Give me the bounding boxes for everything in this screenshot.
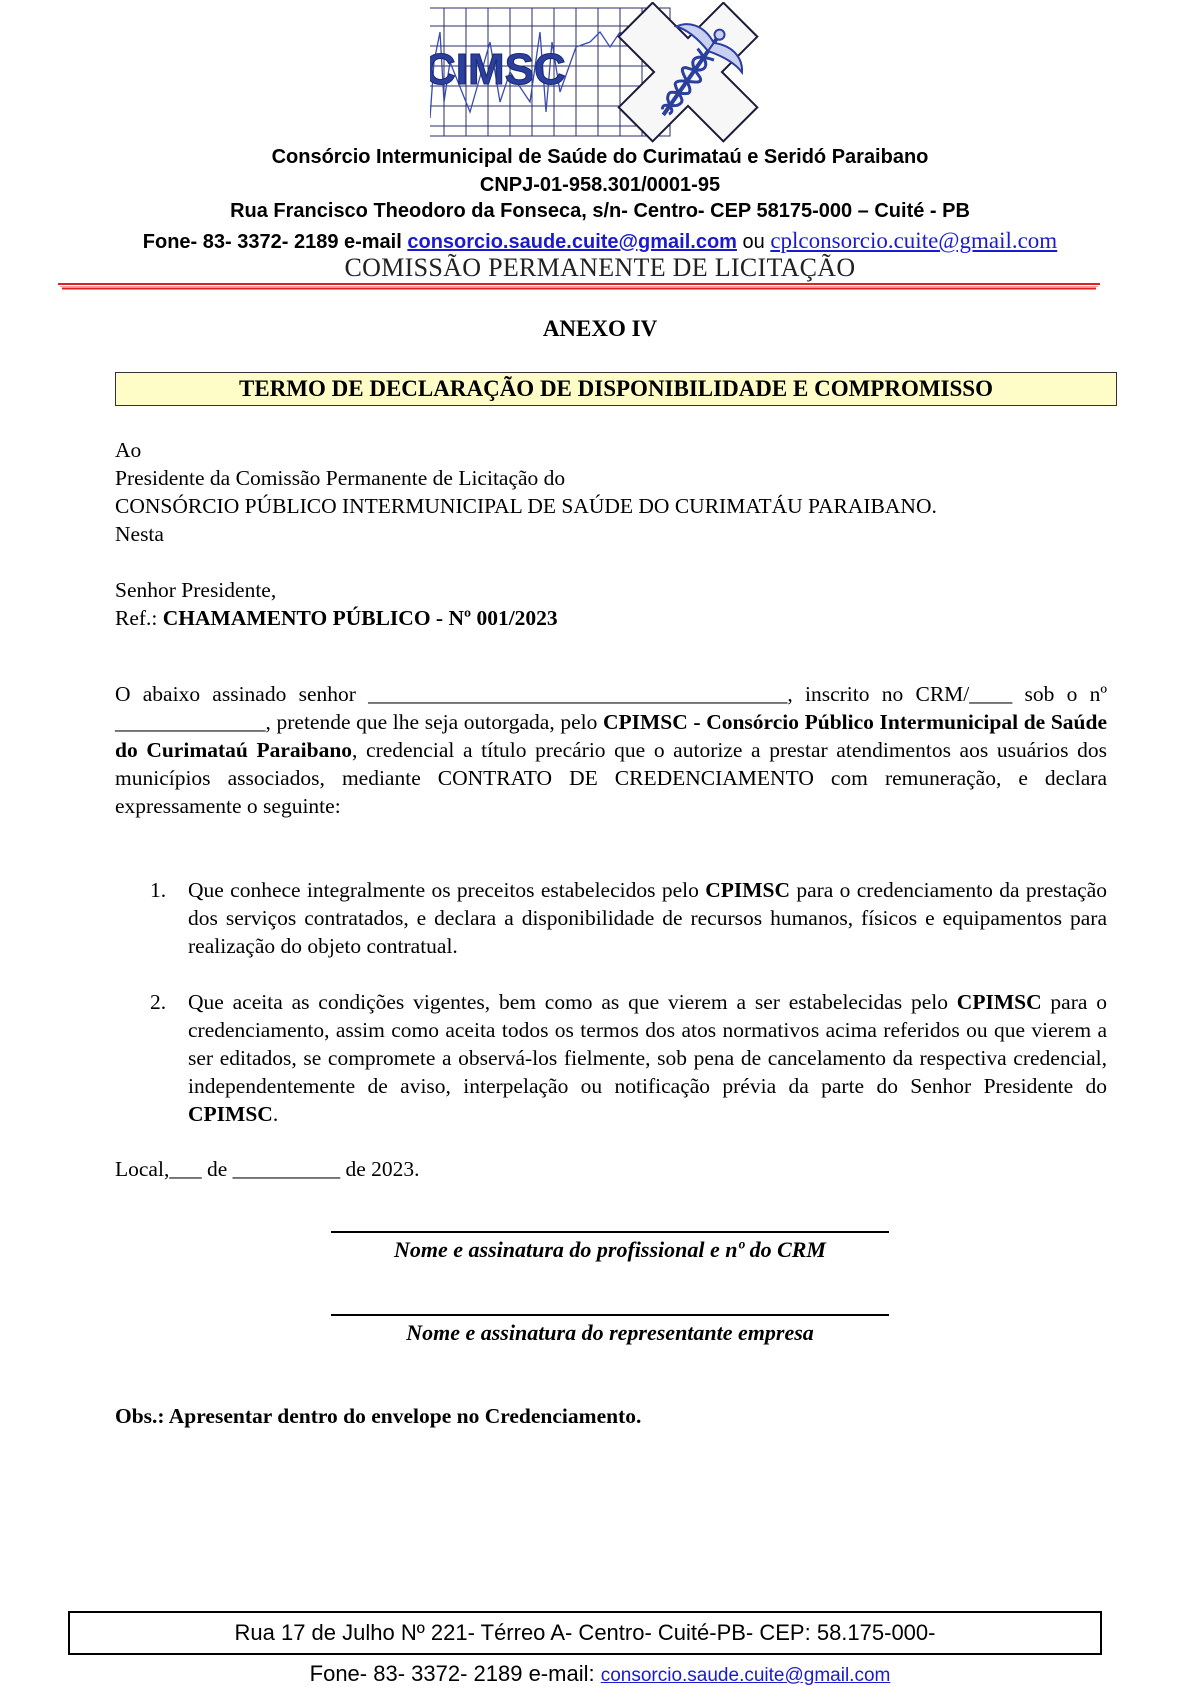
commission-title: COMISSÃO PERMANENTE DE LICITAÇÃO bbox=[0, 253, 1200, 283]
logo-wordmark: CIMSC bbox=[430, 45, 566, 94]
footer-address-box: Rua 17 de Julho Nº 221- Térreo A- Centro… bbox=[68, 1611, 1102, 1655]
addressee-line: Ao bbox=[115, 436, 937, 464]
salutation: Senhor Presidente, bbox=[115, 576, 558, 604]
footer-contact: Fone- 83- 3372- 2189 e-mail: consorcio.s… bbox=[0, 1661, 1200, 1687]
annex-title: ANEXO IV bbox=[0, 316, 1200, 342]
cnpj: CNPJ-01-958.301/0001-95 bbox=[0, 174, 1200, 197]
declaration-list: 1.Que conhece integralmente os preceitos… bbox=[150, 876, 1107, 1156]
addressee-line: CONSÓRCIO PÚBLICO INTERMUNICIPAL DE SAÚD… bbox=[115, 492, 937, 520]
organization-name: Consórcio Intermunicipal de Saúde do Cur… bbox=[0, 146, 1200, 169]
reference-label: Ref.: bbox=[115, 606, 157, 630]
reference-line: Ref.: CHAMAMENTO PÚBLICO - Nº 001/2023 bbox=[115, 604, 558, 632]
header-divider bbox=[58, 282, 1100, 291]
item-number: 2. bbox=[150, 988, 166, 1016]
observation-note: Obs.: Apresentar dentro do envelope no C… bbox=[115, 1404, 641, 1429]
signature-line bbox=[331, 1231, 889, 1233]
contact-line: Fone- 83- 3372- 2189 e-mail consorcio.sa… bbox=[0, 228, 1200, 254]
intro-paragraph: O abaixo assinado senhor _______________… bbox=[115, 680, 1107, 820]
item-text: . bbox=[273, 1102, 278, 1126]
item-text: Que aceita as condições vigentes, bem co… bbox=[188, 990, 957, 1014]
addressee-block: Ao Presidente da Comissão Permanente de … bbox=[115, 436, 937, 548]
item-text: Que conhece integralmente os preceitos e… bbox=[188, 878, 705, 902]
phone-label: Fone- 83- 3372- 2189 e-mail bbox=[143, 231, 402, 253]
email-secondary-link[interactable]: cplconsorcio.cuite@gmail.com bbox=[770, 228, 1057, 253]
signature-caption: Nome e assinatura do profissional e nº d… bbox=[330, 1237, 890, 1263]
footer-email-link[interactable]: consorcio.saude.cuite@gmail.com bbox=[601, 1665, 891, 1686]
local-date-line: Local,___ de __________ de 2023. bbox=[115, 1157, 420, 1182]
organization-address: Rua Francisco Theodoro da Fonseca, s/n- … bbox=[0, 200, 1200, 223]
signature-line bbox=[331, 1314, 889, 1316]
term-title-box: TERMO DE DECLARAÇÃO DE DISPONIBILIDADE E… bbox=[115, 372, 1117, 406]
list-item: 2.Que aceita as condições vigentes, bem … bbox=[150, 988, 1107, 1128]
signature-company: Nome e assinatura do representante empre… bbox=[330, 1314, 890, 1346]
addressee-line: Presidente da Comissão Permanente de Lic… bbox=[115, 464, 937, 492]
email-primary-link[interactable]: consorcio.saude.cuite@gmail.com bbox=[407, 231, 737, 253]
item-number: 1. bbox=[150, 876, 166, 904]
footer-phone-label: Fone- 83- 3372- 2189 e-mail: bbox=[310, 1661, 595, 1686]
salutation-block: Senhor Presidente, Ref.: CHAMAMENTO PÚBL… bbox=[115, 576, 558, 632]
signature-caption: Nome e assinatura do representante empre… bbox=[330, 1320, 890, 1346]
list-item: 1.Que conhece integralmente os preceitos… bbox=[150, 876, 1107, 960]
item-bold-text: CPIMSC bbox=[705, 878, 790, 902]
addressee-line: Nesta bbox=[115, 520, 937, 548]
cimsc-logo: CIMSC bbox=[430, 2, 790, 144]
signature-professional: Nome e assinatura do profissional e nº d… bbox=[330, 1231, 890, 1263]
reference-value: CHAMAMENTO PÚBLICO - Nº 001/2023 bbox=[163, 606, 558, 630]
or-label: ou bbox=[743, 231, 765, 253]
item-bold-text: CPIMSC bbox=[957, 990, 1042, 1014]
item-bold-text: CPIMSC bbox=[188, 1102, 273, 1126]
